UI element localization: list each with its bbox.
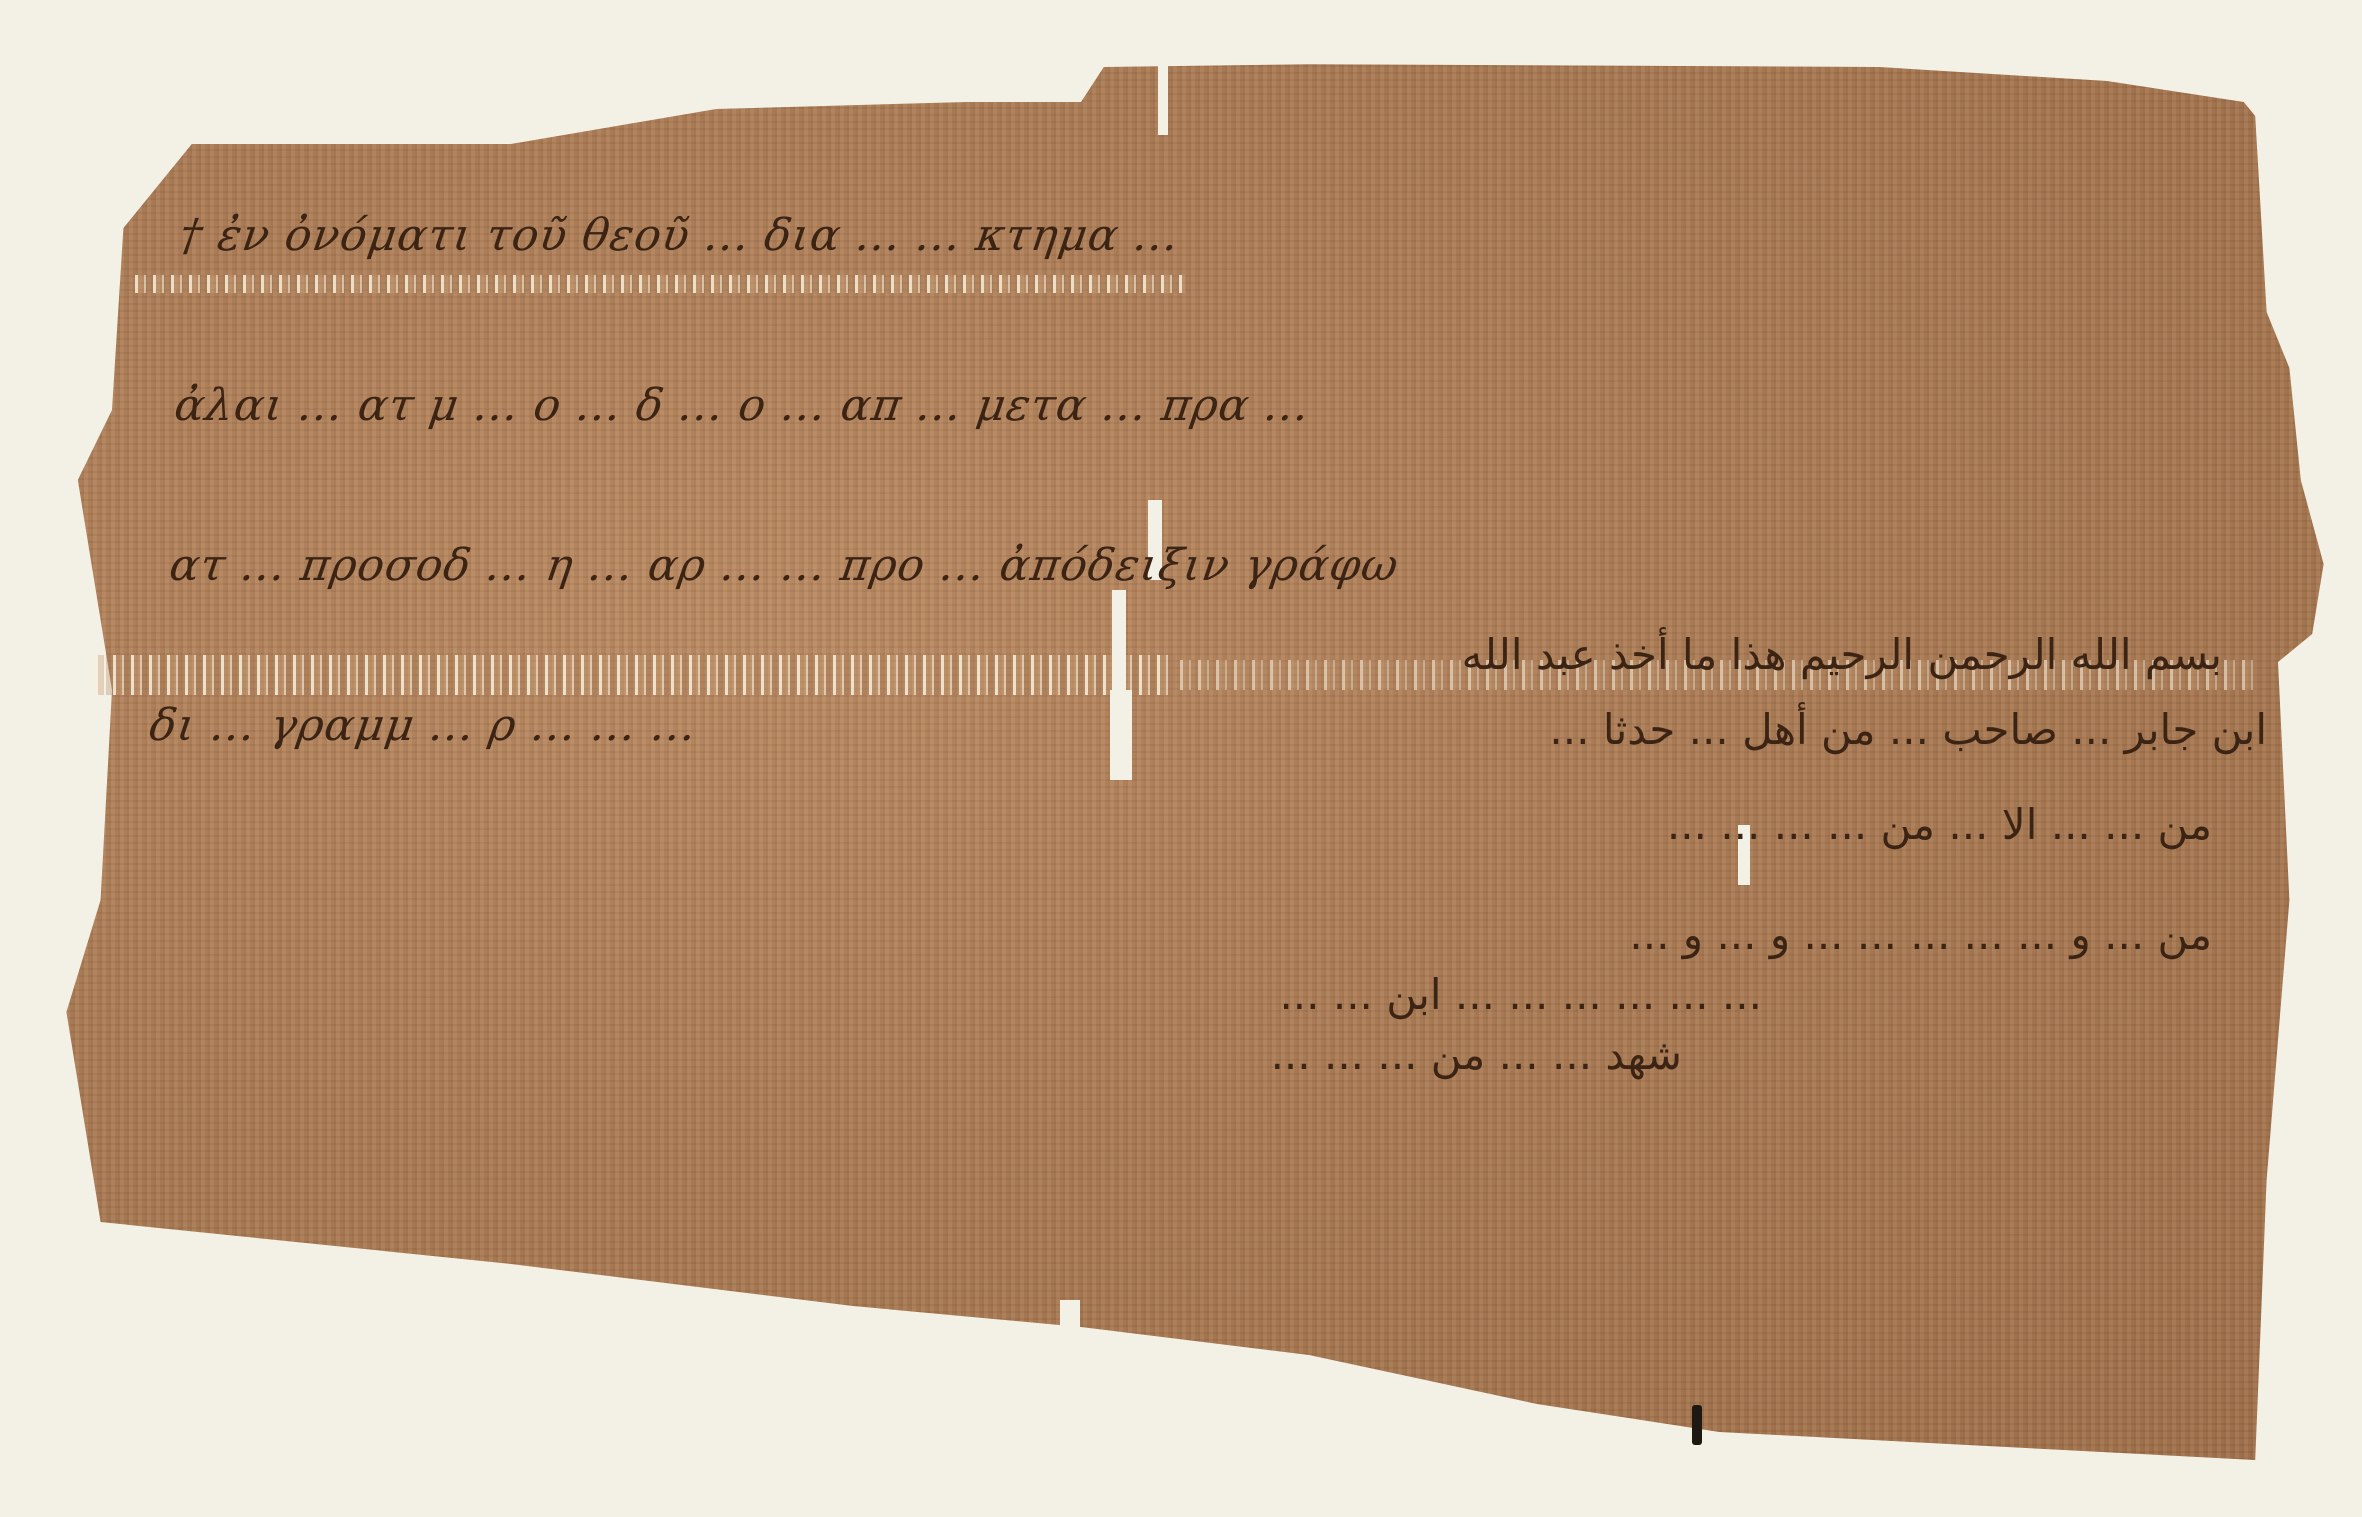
arabic-line-6: شهد ... ... من ... ... ... bbox=[1271, 1030, 1682, 1079]
arabic-line-3: من ... ... الا ... من ... ... ... ... bbox=[1667, 800, 2212, 849]
greek-line-4: δι ... γραμμ ... ρ ... ... ... bbox=[146, 700, 700, 751]
vertical-tear bbox=[1050, 1340, 1080, 1365]
arabic-line-5: ... ... ... ... ... ... ابن ... ... bbox=[1279, 970, 1762, 1019]
vertical-tear bbox=[1112, 590, 1126, 690]
vertical-tear bbox=[1110, 690, 1132, 780]
vertical-tear bbox=[1060, 1300, 1080, 1340]
ink-blot bbox=[1692, 1405, 1702, 1445]
fiber-gap bbox=[135, 275, 1185, 293]
fiber-gap bbox=[95, 655, 1175, 695]
papyrus-sheet bbox=[55, 60, 2335, 1460]
arabic-line-2: ابن جابر ... صاحب ... من أهل ... حدثا ..… bbox=[1549, 705, 2267, 754]
greek-line-2: ἀλαι ... ατ μ ... ο ... δ ... ο ... απ .… bbox=[171, 380, 1313, 431]
papyrus-photo: † ἐν ὀνόματι τοῦ θεοῦ ... δια ... ... κτ… bbox=[0, 0, 2362, 1517]
greek-line-3: ατ ... προσοδ ... η ... αρ ... ... προ .… bbox=[166, 540, 1402, 591]
vertical-tear bbox=[1158, 55, 1168, 135]
arabic-line-4: من ... و ... ... ... ... ... و ... و ... bbox=[1629, 910, 2212, 959]
arabic-line-1: بسم الله الرحمن الرحيم هذا ما أخذ عبد ال… bbox=[1462, 630, 2222, 679]
greek-line-1: † ἐν ὀνόματι τοῦ θεοῦ ... δια ... ... κτ… bbox=[176, 210, 1182, 261]
